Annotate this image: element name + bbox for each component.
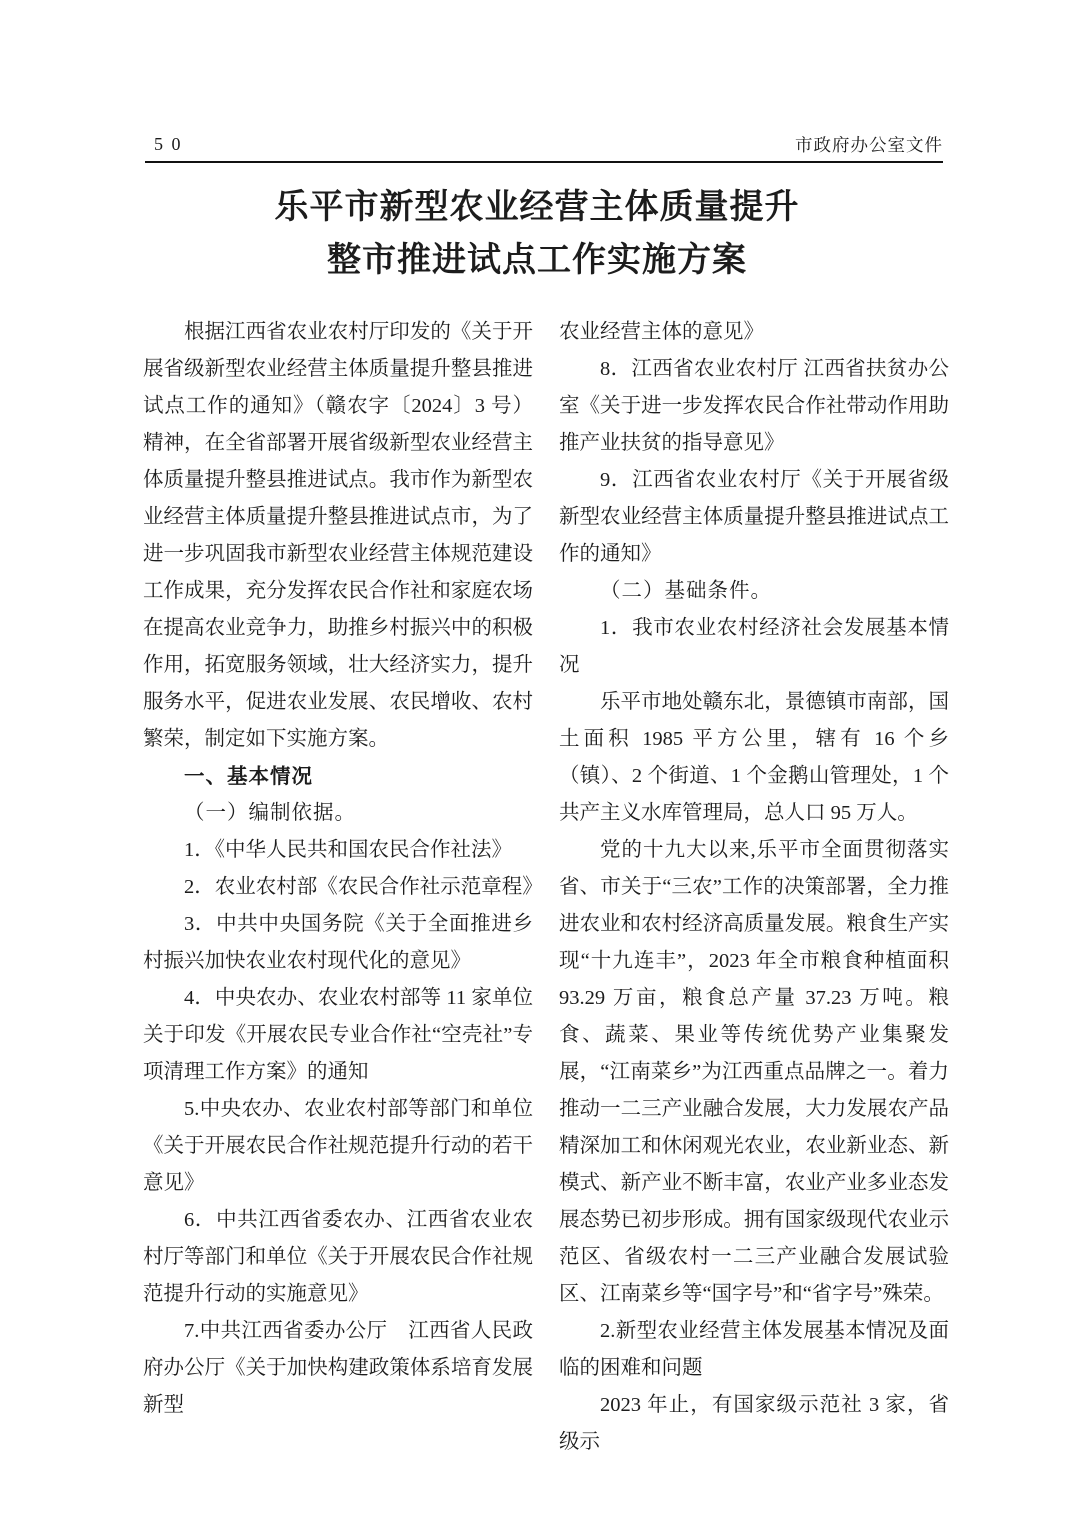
paragraph: 党的十九大以来,乐平市全面贯彻落实省、市关于“三农”工作的决策部署，全力推进农业… — [559, 832, 949, 1313]
paragraph: 9．江西省农业农村厅《关于开展省级新型农业经营主体质量提升整县推进试点工作的通知… — [559, 462, 949, 573]
paragraph: 2023 年止，有国家级示范社 3 家，省级示 — [559, 1387, 949, 1461]
paragraph: 6．中共江西省委农办、江西省农业农村厅等部门和单位《关于开展农民合作社规范提升行… — [143, 1202, 533, 1313]
right-column: 农业经营主体的意见》8．江西省农业农村厅 江西省扶贫办公室《关于进一步发挥农民合… — [559, 314, 949, 1461]
paragraph: 3．中共中央国务院《关于全面推进乡村振兴加快农业农村现代化的意见》 — [143, 906, 533, 980]
document-page: 5 0 市政府办公室文件 乐平市新型农业经营主体质量提升 整市推进试点工作实施方… — [0, 0, 1074, 1520]
paragraph: 一、基本情况 — [143, 758, 533, 795]
paragraph: 8．江西省农业农村厅 江西省扶贫办公室《关于进一步发挥农民合作社带动作用助推产业… — [559, 351, 949, 462]
page-number: 5 0 — [154, 134, 183, 155]
document-body: 根据江西省农业农村厅印发的《关于开展省级新型农业经营主体质量提升整县推进试点工作… — [143, 314, 949, 1461]
paragraph: 2.新型农业经营主体发展基本情况及面临的困难和问题 — [559, 1313, 949, 1387]
document-title: 乐平市新型农业经营主体质量提升 整市推进试点工作实施方案 — [137, 181, 937, 287]
header-rule — [145, 161, 943, 163]
paragraph: （一）编制依据。 — [143, 795, 533, 832]
paragraph: 1．我市农业农村经济社会发展基本情况 — [559, 610, 949, 684]
paragraph: 4．中央农办、农业农村部等 11 家单位关于印发《开展农民专业合作社“空壳社”专… — [143, 980, 533, 1091]
paragraph: 根据江西省农业农村厅印发的《关于开展省级新型农业经营主体质量提升整县推进试点工作… — [143, 314, 533, 758]
paragraph: 农业经营主体的意见》 — [559, 314, 949, 351]
paragraph: 乐平市地处赣东北，景德镇市南部，国土面积 1985 平方公里，辖有 16 个乡（… — [559, 684, 949, 832]
header-doc-label: 市政府办公室文件 — [795, 132, 943, 157]
paragraph: 1．《中华人民共和国农民合作社法》 — [143, 832, 533, 869]
paragraph: 5.中央农办、农业农村部等部门和单位《关于开展农民合作社规范提升行动的若干意见》 — [143, 1091, 533, 1202]
title-line-1: 乐平市新型农业经营主体质量提升 — [137, 181, 937, 234]
paragraph: 2．农业农村部《农民合作社示范章程》 — [143, 869, 533, 906]
paragraph: （二）基础条件。 — [559, 573, 949, 610]
left-column: 根据江西省农业农村厅印发的《关于开展省级新型农业经营主体质量提升整县推进试点工作… — [143, 314, 533, 1461]
title-line-2: 整市推进试点工作实施方案 — [137, 234, 937, 287]
paragraph: 7.中共江西省委办公厅 江西省人民政府办公厅《关于加快构建政策体系培育发展新型 — [143, 1313, 533, 1424]
